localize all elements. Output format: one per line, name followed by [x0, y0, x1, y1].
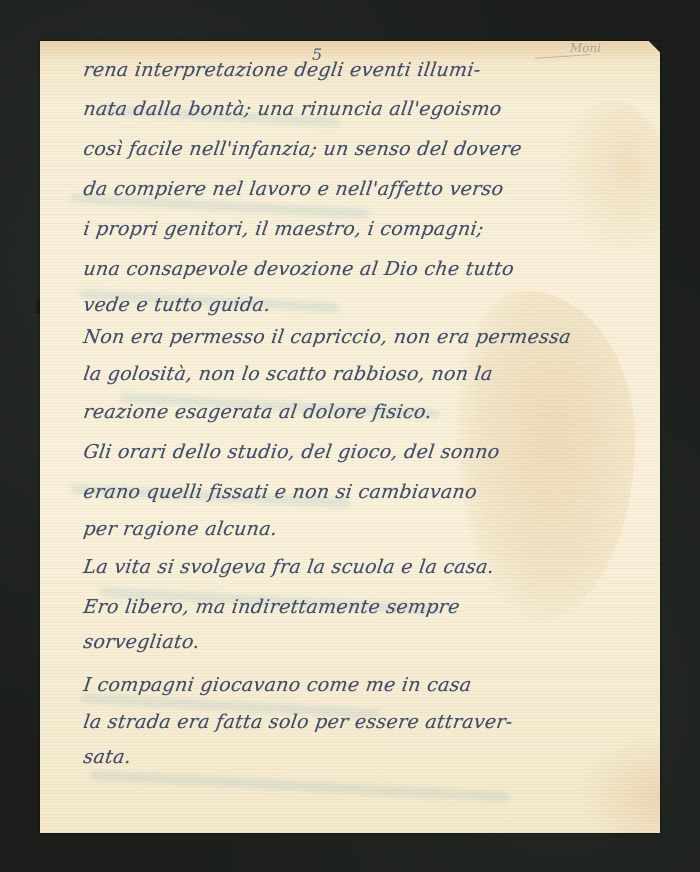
- text-line: Ero libero, ma indirettamente sempre: [82, 596, 461, 618]
- text-line: una consapevole devozione al Dio che tut…: [82, 258, 515, 280]
- text-line: da compiere nel lavoro e nell'affetto ve…: [82, 178, 505, 200]
- text-line: reazione esagerata al dolore fisico.: [82, 401, 433, 423]
- water-stain-corner: [580, 731, 660, 833]
- text-line: per ragione alcuna.: [82, 518, 279, 540]
- text-line: I compagni giocavano come me in casa: [82, 674, 473, 696]
- water-stain-top: [560, 101, 660, 261]
- text-line: così facile nell'infanzia; un senso del …: [82, 138, 523, 160]
- text-line: Gli orari dello studio, del gioco, del s…: [82, 441, 501, 463]
- text-line: rena interpretazione degli eventi illumi…: [82, 59, 482, 81]
- text-line: sorvegliato.: [82, 631, 201, 653]
- text-line: vede e tutto guida.: [82, 294, 272, 316]
- bleed-through: [90, 770, 510, 802]
- text-line: nata dalla bontà; una rinuncia all'egois…: [82, 98, 503, 120]
- text-line: Non era permesso il capriccio, non era p…: [82, 326, 573, 348]
- text-line: sata.: [82, 746, 133, 768]
- text-line: erano quelli fissati e non si cambiavano: [82, 481, 478, 503]
- text-line: La vita si svolgeva fra la scuola e la c…: [82, 556, 496, 578]
- manuscript-page: 5 Moni rena interpretazione degli eventi…: [40, 41, 660, 833]
- text-line: la golosità, non lo scatto rabbioso, non…: [82, 363, 494, 385]
- pencil-annotation: Moni: [570, 41, 601, 55]
- text-line: la strada era fatta solo per essere attr…: [82, 711, 514, 733]
- text-line: i propri genitori, il maestro, i compagn…: [82, 218, 485, 240]
